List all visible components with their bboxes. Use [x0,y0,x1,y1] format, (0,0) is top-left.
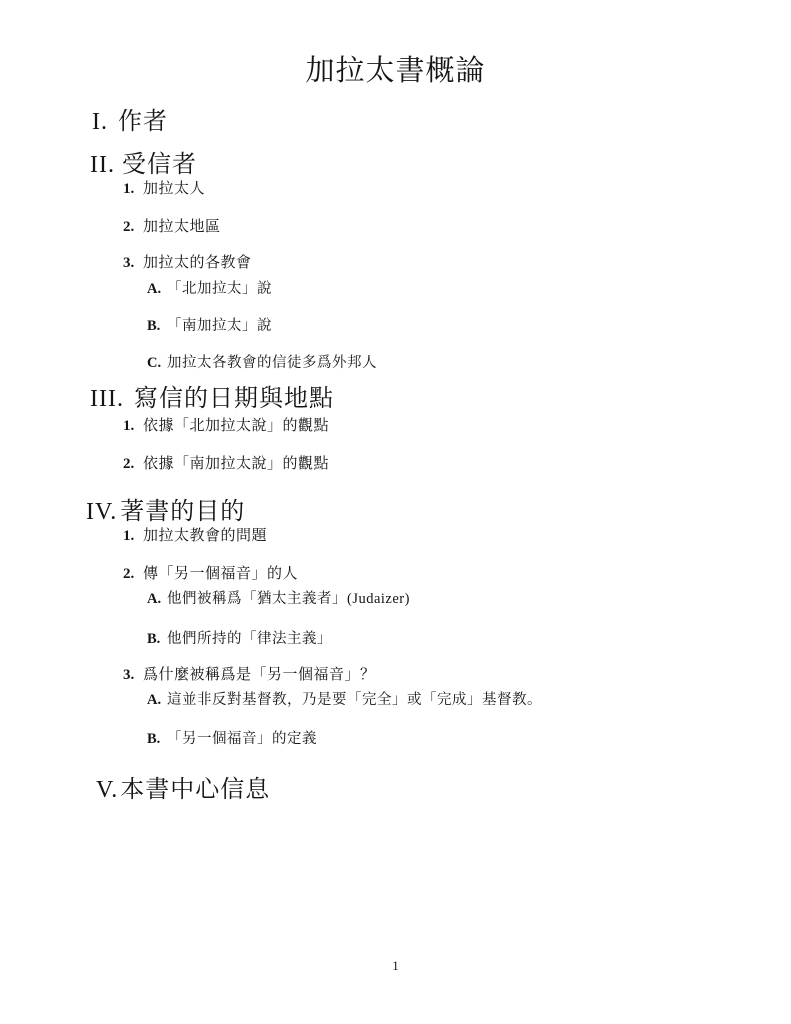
heading-II-text: 受信者 [122,152,197,178]
item-III-1-marker: 1. [123,418,143,435]
heading-V-text: 本書中心信息 [120,777,270,803]
item-IV-2-text: 傳「另一個福音」的人 [143,566,298,582]
heading-IV-text: 著書的目的 [120,499,245,525]
item-IV-2: 2.傳「另一個福音」的人 [123,566,298,583]
sub-II-3-A-marker: A. [147,282,167,298]
sub-II-3-C-marker: C. [147,356,167,372]
sub-IV-3-B-marker: B. [147,732,167,748]
item-IV-2-marker: 2. [123,566,143,583]
sub-IV-3-A-text: 這並非反對基督教，乃是要「完全」或「完成」基督教。 [167,692,542,708]
sub-II-3-B-text: 「南加拉太」說 [167,318,272,334]
heading-II-marker: II. [90,152,115,178]
heading-III-marker: III. [90,386,124,412]
heading-I-text: 作者 [118,109,168,135]
item-III-2-text: 依據「南加拉太說」的觀點 [143,456,329,472]
item-II-3: 3.加拉太的各教會 [123,255,252,272]
sub-II-3-B: B.「南加拉太」說 [147,319,272,335]
sub-II-3-A: A.「北加拉太」說 [147,282,272,298]
item-IV-3-marker: 3. [123,667,143,684]
item-II-3-text: 加拉太的各教會 [143,255,252,271]
sub-IV-2-B-text: 他們所持的「律法主義」 [167,631,332,647]
item-IV-3: 3.爲什麼被稱爲是「另一個福音」？ [123,667,376,684]
heading-I-marker: I. [92,109,108,135]
heading-IV-marker: IV. [86,499,117,525]
item-II-1-marker: 1. [123,181,143,198]
item-II-3-marker: 3. [123,255,143,272]
document-page: 加拉太書概論 I.作者 II.受信者 1.加拉太人 2.加拉太地區 3.加拉太的… [0,0,791,1024]
item-IV-1-text: 加拉太教會的問題 [143,528,267,544]
item-III-1-text: 依據「北加拉太說」的觀點 [143,418,329,434]
item-IV-3-text: 爲什麼被稱爲是「另一個福音」？ [143,667,376,683]
heading-III-text: 寫信的日期與地點 [134,386,334,412]
item-III-2-marker: 2. [123,456,143,473]
heading-II: II.受信者 [90,152,197,178]
sub-IV-3-A-marker: A. [147,693,167,709]
document-title: 加拉太書概論 [0,56,791,88]
item-II-2-marker: 2. [123,219,143,236]
item-II-1: 1.加拉太人 [123,181,205,198]
sub-IV-2-A-text: 他們被稱爲「猶太主義者」(Judaizer) [167,591,410,607]
heading-V-marker: V. [96,777,118,803]
item-II-2: 2.加拉太地區 [123,219,221,236]
sub-II-3-C-text: 加拉太各教會的信徒多爲外邦人 [167,355,377,371]
page-number: 1 [0,959,791,973]
sub-IV-2-A: A.他們被稱爲「猶太主義者」(Judaizer) [147,592,410,608]
sub-II-3-B-marker: B. [147,319,167,335]
heading-III: III.寫信的日期與地點 [90,386,334,412]
sub-IV-3-B-text: 「另一個福音」的定義 [167,731,317,747]
item-IV-1-marker: 1. [123,528,143,545]
sub-IV-2-B-marker: B. [147,632,167,648]
item-II-2-text: 加拉太地區 [143,219,221,235]
heading-V: V.本書中心信息 [96,777,270,803]
sub-II-3-A-text: 「北加拉太」說 [167,281,272,297]
sub-IV-2-B: B.他們所持的「律法主義」 [147,632,332,648]
sub-IV-3-A: A.這並非反對基督教，乃是要「完全」或「完成」基督教。 [147,693,542,709]
sub-IV-3-B: B.「另一個福音」的定義 [147,732,317,748]
heading-I: I.作者 [92,109,168,135]
sub-II-3-C: C.加拉太各教會的信徒多爲外邦人 [147,356,377,372]
item-IV-1: 1.加拉太教會的問題 [123,528,267,545]
item-III-2: 2.依據「南加拉太說」的觀點 [123,456,329,473]
item-III-1: 1.依據「北加拉太說」的觀點 [123,418,329,435]
sub-IV-2-A-marker: A. [147,592,167,608]
item-II-1-text: 加拉太人 [143,181,205,197]
heading-IV: IV.著書的目的 [86,499,245,525]
